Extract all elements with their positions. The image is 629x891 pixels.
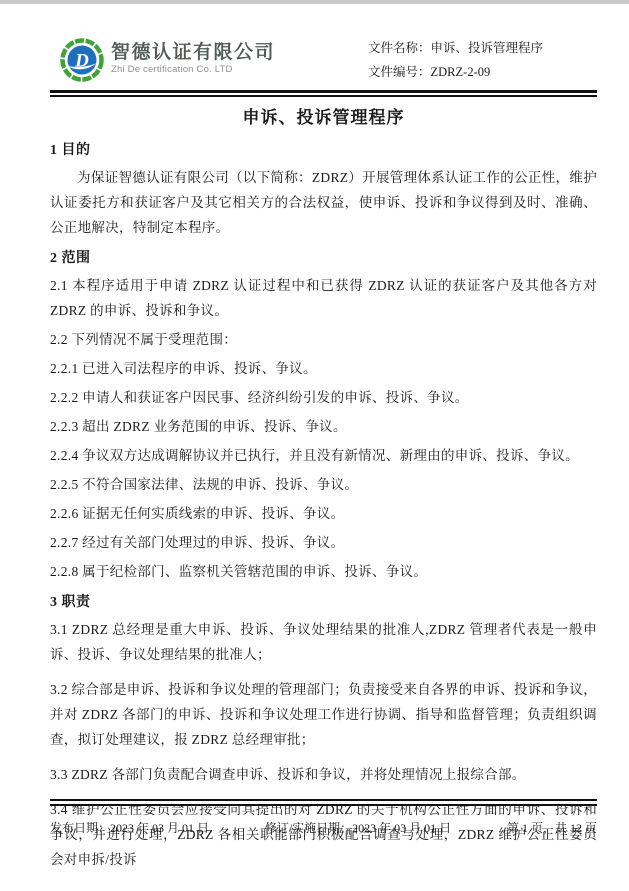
- section-heading: 3 职责: [50, 591, 597, 611]
- document-page: D 智德认证有限公司 Zhi De certification Co. LTD …: [0, 0, 629, 891]
- doc-number-label: 文件编号：: [368, 65, 431, 79]
- doc-name-label: 文件名称：: [368, 41, 431, 55]
- paragraph: 2.2.2 申请人和获证客户因民事、经济纠纷引发的申诉、投诉、争议。: [50, 385, 597, 410]
- paragraph: 2.2.6 证据无任何实质线索的申诉、投诉、争议。: [50, 501, 597, 526]
- section-purpose: 1 目的 为保证智德认证有限公司（以下简称：ZDRZ）开展管理体系认证工作的公正…: [50, 139, 597, 240]
- header-divider: [50, 90, 597, 97]
- company-name-cn: 智德认证有限公司: [111, 43, 275, 62]
- paragraph: 2.2.4 争议双方达成调解协议并已执行，并且没有新情况、新理由的申诉、投诉、争…: [50, 443, 597, 468]
- paragraph: 2.1 本程序适用于申请 ZDRZ 认证过程中和已获得 ZDRZ 认证的获证客户…: [50, 273, 597, 323]
- section-heading: 2 范围: [50, 247, 597, 267]
- page-title: 申诉、投诉管理程序: [50, 103, 597, 128]
- company-name-block: 智德认证有限公司 Zhi De certification Co. LTD: [111, 38, 275, 75]
- section-scope: 2 范围 2.1 本程序适用于申请 ZDRZ 认证过程中和已获得 ZDRZ 认证…: [50, 247, 597, 584]
- doc-name-line: 文件名称：申诉、投诉管理程序: [368, 36, 543, 60]
- page-header: D 智德认证有限公司 Zhi De certification Co. LTD …: [50, 36, 597, 88]
- page-footer: 发布日期：2023 年 03 月 01 日 修订/实施日期：2023 年 03 …: [50, 799, 597, 836]
- section-heading: 1 目的: [50, 139, 597, 159]
- paragraph: 2.2 下列情况不属于受理范围：: [50, 327, 597, 352]
- footer-divider: [50, 799, 597, 806]
- paragraph: 2.2.5 不符合国家法律、法规的申诉、投诉、争议。: [50, 472, 597, 497]
- footer-row: 发布日期：2023 年 03 月 01 日 修订/实施日期：2023 年 03 …: [50, 819, 597, 836]
- release-date: 发布日期：2023 年 03 月 01 日: [50, 819, 209, 836]
- revision-date: 修订/实施日期：2023 年 03 月 01 日: [265, 819, 451, 836]
- doc-number-line: 文件编号：ZDRZ-2-09: [368, 60, 543, 84]
- paragraph: 为保证智德认证有限公司（以下简称：ZDRZ）开展管理体系认证工作的公正性，维护认…: [50, 165, 597, 240]
- scan-edge-bar: [0, 0, 629, 4]
- doc-number-value: ZDRZ-2-09: [431, 65, 491, 79]
- paragraph: 2.2.3 超出 ZDRZ 业务范围的申诉、投诉、争议。: [50, 414, 597, 439]
- paragraph: 2.2.1 已进入司法程序的申诉、投诉、争议。: [50, 356, 597, 381]
- page-number: 第 1 页，共 12 页: [507, 819, 597, 836]
- company-logo-icon: D: [60, 38, 104, 82]
- document-meta: 文件名称：申诉、投诉管理程序 文件编号：ZDRZ-2-09: [368, 36, 543, 84]
- paragraph: 2.2.8 属于纪检部门、监察机关管辖范围的申诉、投诉、争议。: [50, 559, 597, 584]
- paragraph: 3.3 ZDRZ 各部门负责配合调查申诉、投诉和争议，并将处理情况上报综合部。: [50, 762, 597, 787]
- document-body: 申诉、投诉管理程序 1 目的 为保证智德认证有限公司（以下简称：ZDRZ）开展管…: [50, 99, 597, 882]
- company-name-en: Zhi De certification Co. LTD: [111, 65, 275, 75]
- doc-name-value: 申诉、投诉管理程序: [431, 41, 544, 55]
- paragraph: 3.2 综合部是申诉、投诉和争议处理的管理部门；负责接受来自各界的申诉、投诉和争…: [50, 677, 597, 752]
- paragraph: 2.2.7 经过有关部门处理过的申诉、投诉、争议。: [50, 530, 597, 555]
- paragraph: 3.1 ZDRZ 总经理是重大申诉、投诉、争议处理结果的批准人,ZDRZ 管理者…: [50, 617, 597, 667]
- company-logo: D 智德认证有限公司 Zhi De certification Co. LTD: [60, 38, 275, 82]
